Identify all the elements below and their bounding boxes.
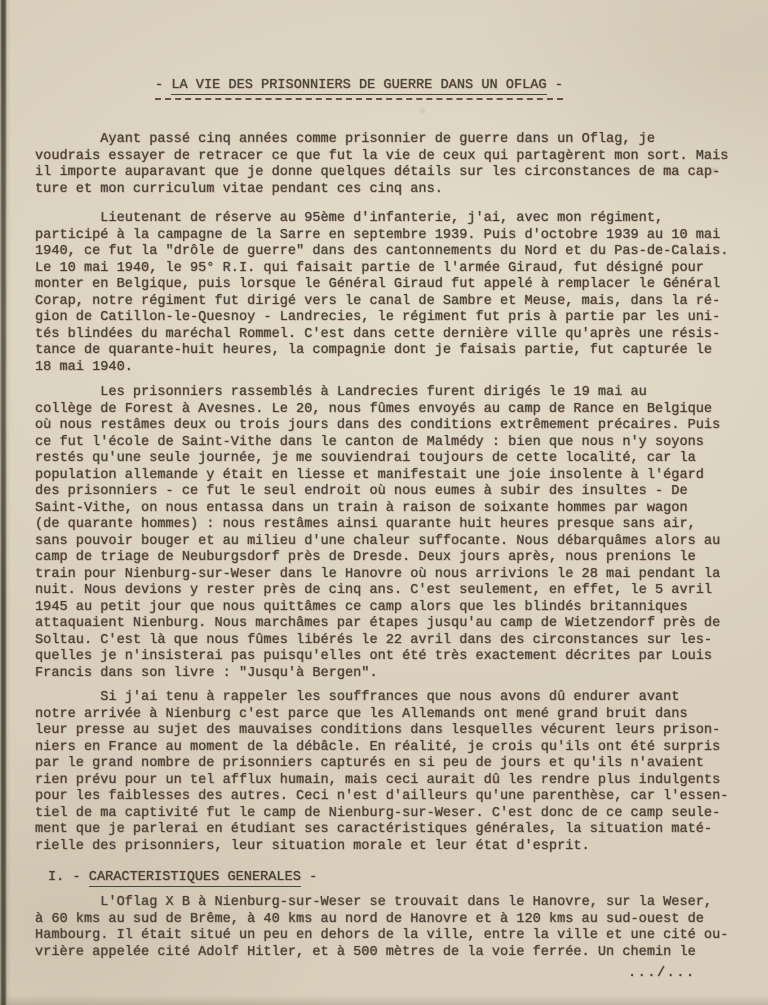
title-text: LA VIE DES PRISONNIERS DE GUERRE DANS UN… bbox=[171, 78, 546, 95]
continuation-mark: .../... bbox=[628, 966, 696, 983]
paragraph-sufferings: Si j'ai tenu à rappeler les souffrances … bbox=[35, 690, 742, 855]
document-title: - LA VIE DES PRISONNIERS DE GUERRE DANS … bbox=[155, 78, 563, 100]
paragraph-introduction: Ayant passé cinq années comme prisonnier… bbox=[35, 132, 742, 198]
paragraph-capture: Lieutenant de réserve au 95ème d'infante… bbox=[35, 211, 742, 376]
title-prefix-dash: - bbox=[155, 78, 171, 93]
paragraph-transfer: Les prisonniers rassemblés à Landrecies … bbox=[35, 385, 742, 682]
section-suffix-dash: - bbox=[301, 870, 317, 885]
paragraph-oflag-location: L'Oflag X B à Nienburg-sur-Weser se trou… bbox=[35, 895, 742, 961]
title-suffix-dash: - bbox=[547, 78, 563, 93]
section-number: I. - bbox=[48, 870, 89, 885]
section-heading-caracteristiques: I. - CARACTERISTIQUES GENERALES - bbox=[48, 870, 317, 887]
scanned-document-page: - LA VIE DES PRISONNIERS DE GUERRE DANS … bbox=[0, 0, 768, 1005]
section-title-text: CARACTERISTIQUES GENERALES bbox=[89, 870, 301, 887]
